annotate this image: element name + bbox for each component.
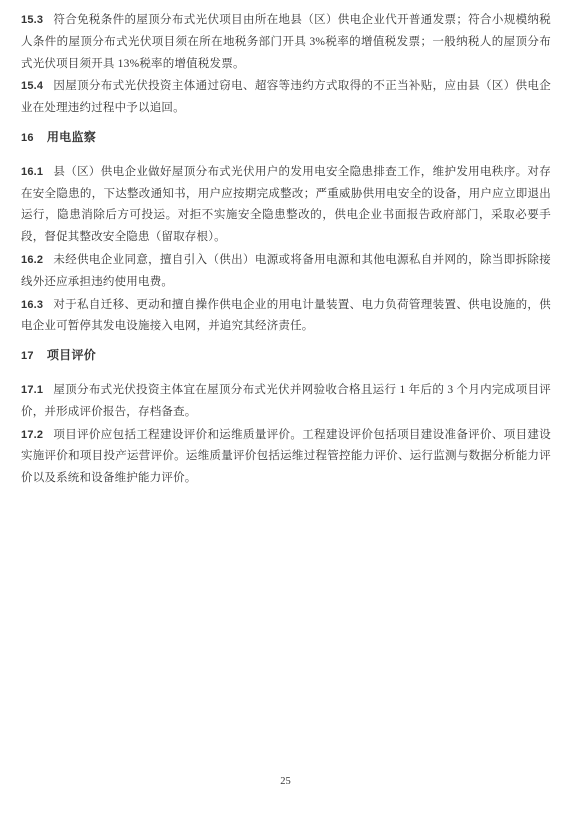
section-number: 17 xyxy=(21,350,34,362)
clause-number: 17.1 xyxy=(21,384,43,396)
clause-text: 项目评价应包括工程建设评价和运维质量评价。工程建设评价包括项目建设准备评价、项目… xyxy=(21,429,551,485)
clause-17-2: 17.2项目评价应包括工程建设评价和运维质量评价。工程建设评价包括项目建设准备评… xyxy=(21,425,551,490)
clause-15-4: 15.4因屋顶分布式光伏投资主体通过窃电、超容等违约方式取得的不正当补贴，应由县… xyxy=(21,76,551,120)
section-title: 项目评价 xyxy=(47,348,96,362)
section-heading-16: 16用电监察 xyxy=(21,127,551,150)
clause-number: 16.2 xyxy=(21,254,43,266)
clause-text: 对于私自迁移、更动和擅自操作供电企业的用电计量装置、电力负荷管理装置、供电设施的… xyxy=(21,299,551,333)
document-page: 15.3符合免税条件的屋顶分布式光伏项目由所在地县（区）供电企业代开普通发票；符… xyxy=(0,0,571,818)
clause-number: 17.2 xyxy=(21,429,43,441)
clause-text: 屋顶分布式光伏投资主体宜在屋顶分布式光伏并网验收合格且运行 1 年后的 3 个月… xyxy=(21,384,551,418)
clause-number: 16.1 xyxy=(21,166,43,178)
clause-text: 符合免税条件的屋顶分布式光伏项目由所在地县（区）供电企业代开普通发票；符合小规模… xyxy=(21,14,551,70)
section-heading-17: 17项目评价 xyxy=(21,345,551,368)
clause-15-3: 15.3符合免税条件的屋顶分布式光伏项目由所在地县（区）供电企业代开普通发票；符… xyxy=(21,10,551,75)
clause-16-2: 16.2未经供电企业同意，擅自引入（供出）电源或将备用电源和其他电源私自并网的，… xyxy=(21,250,551,294)
section-number: 16 xyxy=(21,132,34,144)
clause-text: 县（区）供电企业做好屋顶分布式光伏用户的发用电安全隐患排查工作，维护发用电秩序。… xyxy=(21,166,551,243)
clause-17-1: 17.1屋顶分布式光伏投资主体宜在屋顶分布式光伏并网验收合格且运行 1 年后的 … xyxy=(21,380,551,424)
section-title: 用电监察 xyxy=(47,130,96,144)
clause-16-3: 16.3对于私自迁移、更动和擅自操作供电企业的用电计量装置、电力负荷管理装置、供… xyxy=(21,295,551,339)
clause-number: 15.3 xyxy=(21,14,43,26)
clause-16-1: 16.1县（区）供电企业做好屋顶分布式光伏用户的发用电安全隐患排查工作，维护发用… xyxy=(21,162,551,249)
page-number: 25 xyxy=(0,776,571,787)
clause-number: 15.4 xyxy=(21,80,43,92)
clause-number: 16.3 xyxy=(21,299,43,311)
document-content: 15.3符合免税条件的屋顶分布式光伏项目由所在地县（区）供电企业代开普通发票；符… xyxy=(0,0,571,490)
clause-text: 因屋顶分布式光伏投资主体通过窃电、超容等违约方式取得的不正当补贴，应由县（区）供… xyxy=(21,80,551,114)
clause-text: 未经供电企业同意，擅自引入（供出）电源或将备用电源和其他电源私自并网的，除当即拆… xyxy=(21,254,551,288)
